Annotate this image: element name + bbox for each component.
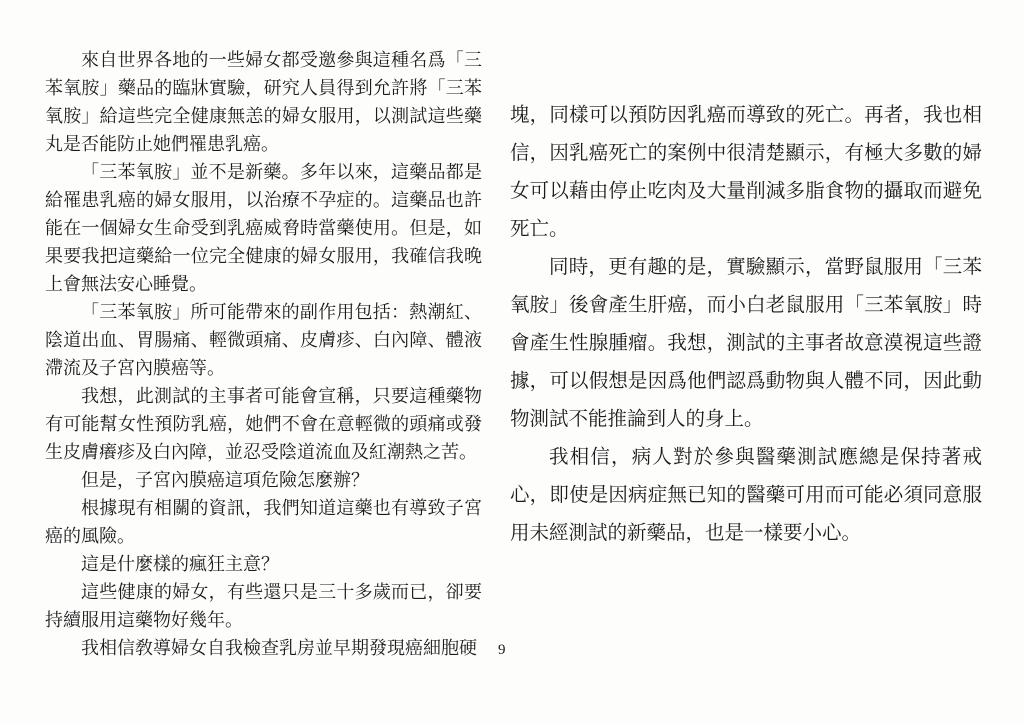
paragraph: 「三苯氧胺」並不是新藥。多年以來，這藥品都是給罹患乳癌的婦女服用，以治療不孕症的… [45,158,482,298]
page-number: 9 [498,642,506,659]
paragraph: 「三苯氧胺」所可能帶來的副作用包括：熱潮紅、陰道出血、胃腸痛、輕微頭痛、皮膚疹、… [45,298,482,382]
paragraph: 同時，更有趣的是，實驗顯示，當野鼠服用「三苯氧胺」後會產生肝癌，而小白老鼠服用「… [510,249,982,439]
paragraph: 我想，此測試的主事者可能會宣稱，只要這種藥物有可能幫女性預防乳癌，她們不會在意輕… [45,382,482,466]
left-text-column: 來自世界各地的一些婦女都受邀參與這種名爲「三苯氧胺」藥品的臨牀實驗，研究人員得到… [45,46,482,662]
paragraph: 根據現有相關的資訊，我們知道這藥也有導致子宮癌的風險。 [45,494,482,550]
paragraph: 這是什麼樣的瘋狂主意？ [45,550,482,578]
paragraph: 我相信，病人對於參與醫藥測試應總是保持著戒心，即使是因病症無已知的醫藥可用而可能… [510,439,982,553]
paragraph-continuation: 塊，同樣可以預防因乳癌而導致的死亡。再者，我也相信，因乳癌死亡的案例中很清楚顯示… [510,97,982,249]
scanned-book-page: 來自世界各地的一些婦女都受邀參與這種名爲「三苯氧胺」藥品的臨牀實驗，研究人員得到… [0,0,1024,724]
right-text-column: 塊，同樣可以預防因乳癌而導致的死亡。再者，我也相信，因乳癌死亡的案例中很清楚顯示… [510,97,982,553]
paragraph: 這些健康的婦女，有些還只是三十多歲而已，卻要持續服用這藥物好幾年。 [45,578,482,634]
paragraph: 來自世界各地的一些婦女都受邀參與這種名爲「三苯氧胺」藥品的臨牀實驗，研究人員得到… [45,46,482,158]
paragraph: 但是，子宮內膜癌這項危險怎麼辦？ [45,466,482,494]
paragraph: 我相信敎導婦女自我檢查乳房並早期發現癌細胞硬 [45,634,482,662]
